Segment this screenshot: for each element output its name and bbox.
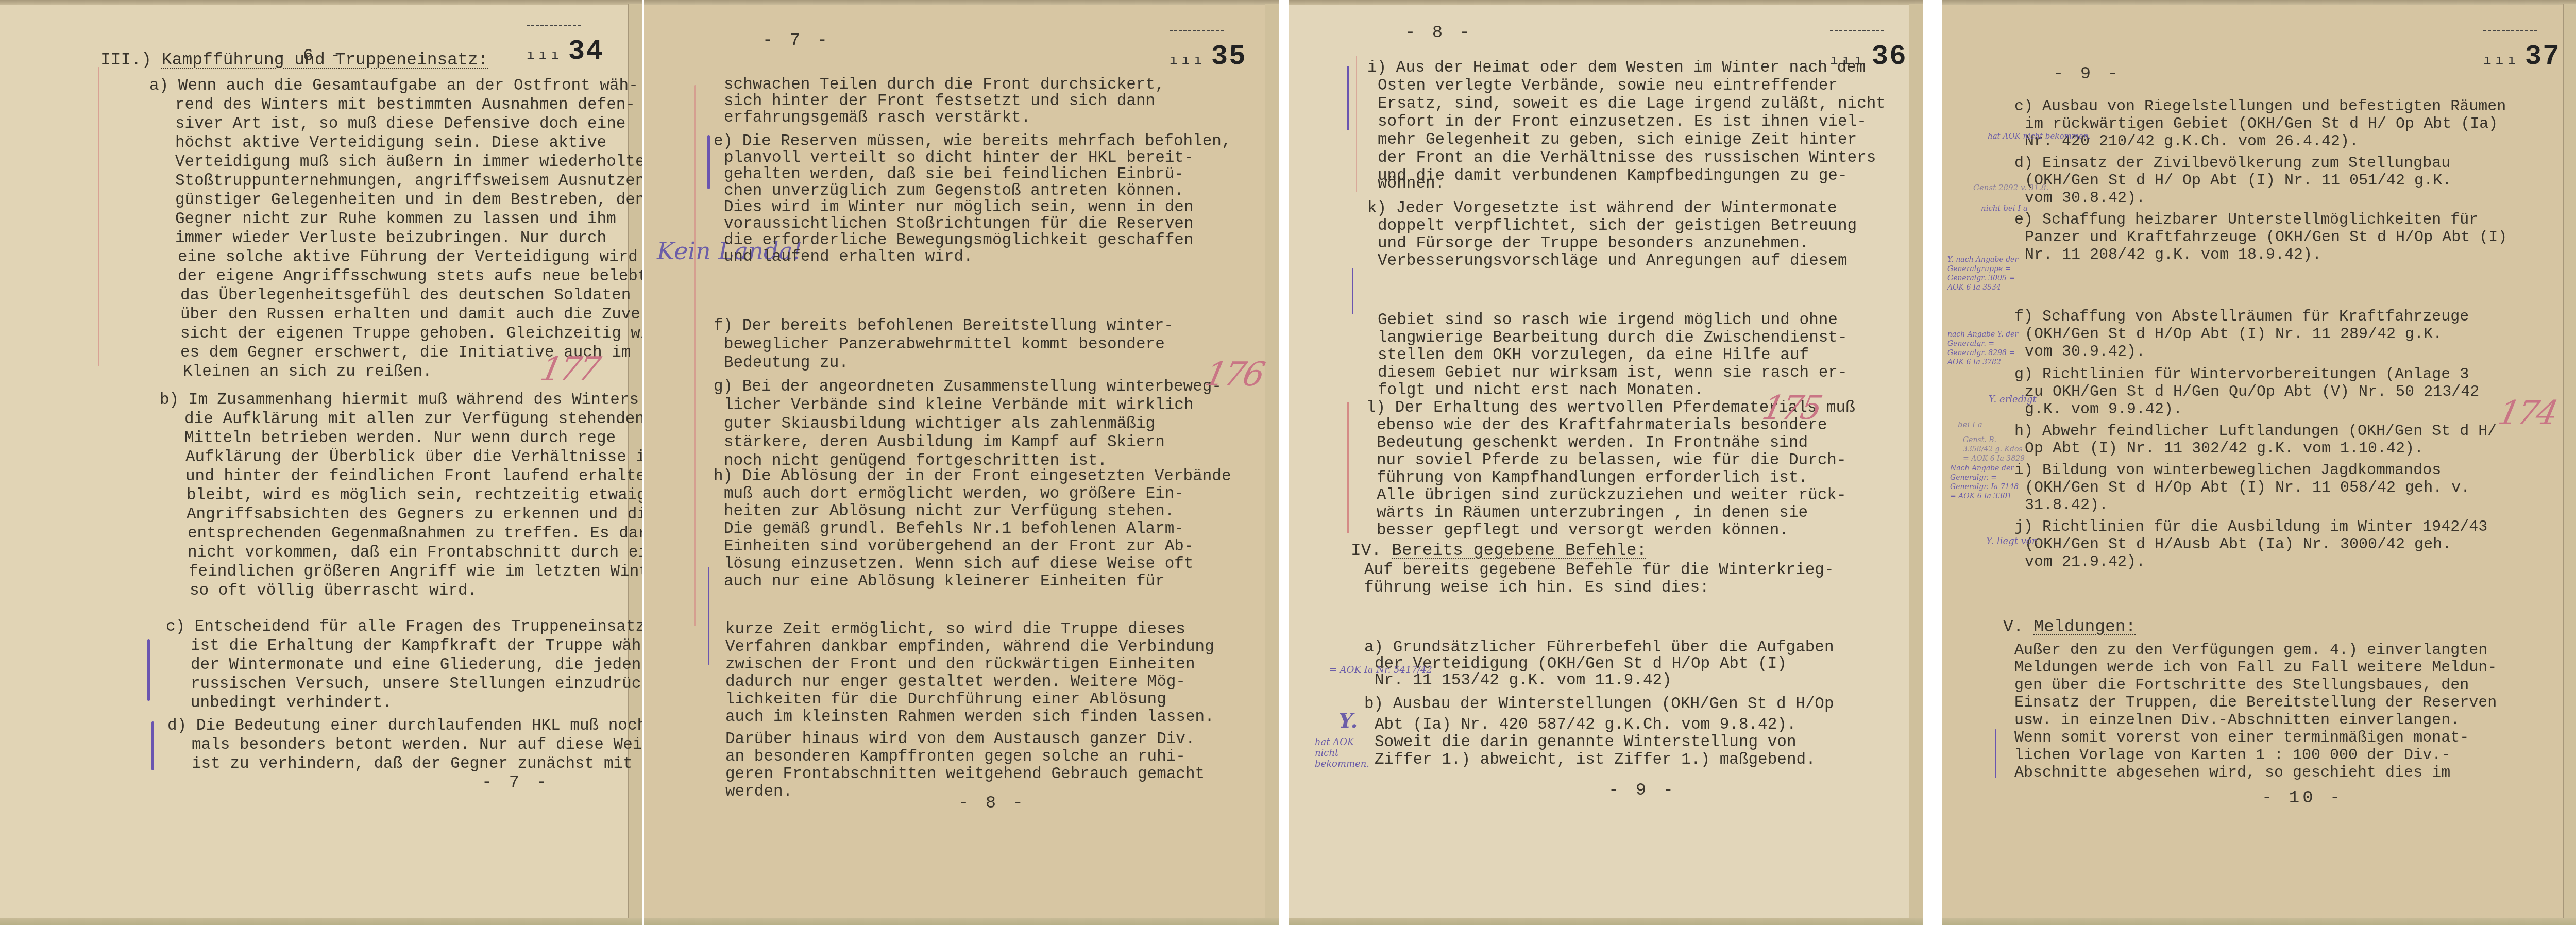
section-heading: IV. Bereits gegebene Befehle:	[1351, 542, 1647, 560]
red-pencil-margin-line	[694, 85, 696, 626]
red-pencil-bracket	[1347, 402, 1349, 533]
handwritten-margin-note: hat AOK nicht bekommen.	[1315, 737, 1371, 769]
violet-pencil-mark	[151, 721, 154, 770]
page-number: - 7 -	[762, 31, 831, 51]
violet-pencil-mark	[1995, 729, 1996, 778]
folio-stamp: ııı37	[2483, 41, 2561, 73]
violet-pencil-mark	[708, 567, 709, 665]
handwritten-margin-note: Y.	[1338, 709, 1358, 733]
violet-pencil-mark	[707, 135, 710, 189]
stacked-sheet-edge	[1265, 4, 1279, 920]
stacked-sheet-edge	[2563, 4, 2576, 920]
stamp-marks: ııı	[1170, 53, 1206, 68]
document-page-36: - 8 - ııı36 i) Aus der Heimat oder dem W…	[1289, 0, 1923, 925]
stamp-marks: ııı	[2483, 53, 2520, 68]
violet-pencil-mark	[1352, 268, 1353, 314]
document-page-34: - 6 - ııı34 III.) Kampfführung und Trupp…	[0, 0, 642, 925]
stamp-marks: ııı	[527, 47, 563, 63]
section-heading: III.) Kampfführung und Truppeneinsatz:	[100, 52, 488, 69]
red-pencil-margin-line	[98, 67, 99, 366]
red-pencil-folio: 177	[537, 350, 602, 389]
stacked-sheet-edge	[1909, 4, 1923, 920]
handwritten-margin-note: = AOK Ia Nr. 5417/42	[1329, 665, 1432, 676]
page-number: - 9 -	[2053, 64, 2121, 84]
footer-page-number: - 8 -	[958, 794, 1026, 813]
red-pencil-bracket	[1356, 56, 1357, 192]
page-number: - 8 -	[1405, 23, 1473, 43]
folio-stamp: ııı35	[1170, 41, 1247, 73]
footer-page-number: - 10 -	[2262, 788, 2343, 808]
section-heading: V. Meldungen:	[2003, 618, 2136, 636]
footer-page-number: - 7 -	[482, 773, 550, 793]
footer-page-number: - 9 -	[1608, 781, 1676, 800]
red-pencil-folio: 175	[1759, 389, 1824, 427]
violet-pencil-mark	[1347, 66, 1349, 130]
folio-stamp: ııı34	[527, 36, 604, 68]
red-pencil-folio: 176	[1201, 356, 1266, 394]
violet-pencil-mark	[147, 639, 150, 701]
document-page-35: - 7 - ııı35 Kein Landa! schwachen Teilen…	[644, 0, 1279, 925]
red-pencil-folio: 174	[2495, 394, 2560, 432]
document-page-37: ııı37 - 9 - c) Ausbau von Riegelstellung…	[1942, 0, 2576, 925]
